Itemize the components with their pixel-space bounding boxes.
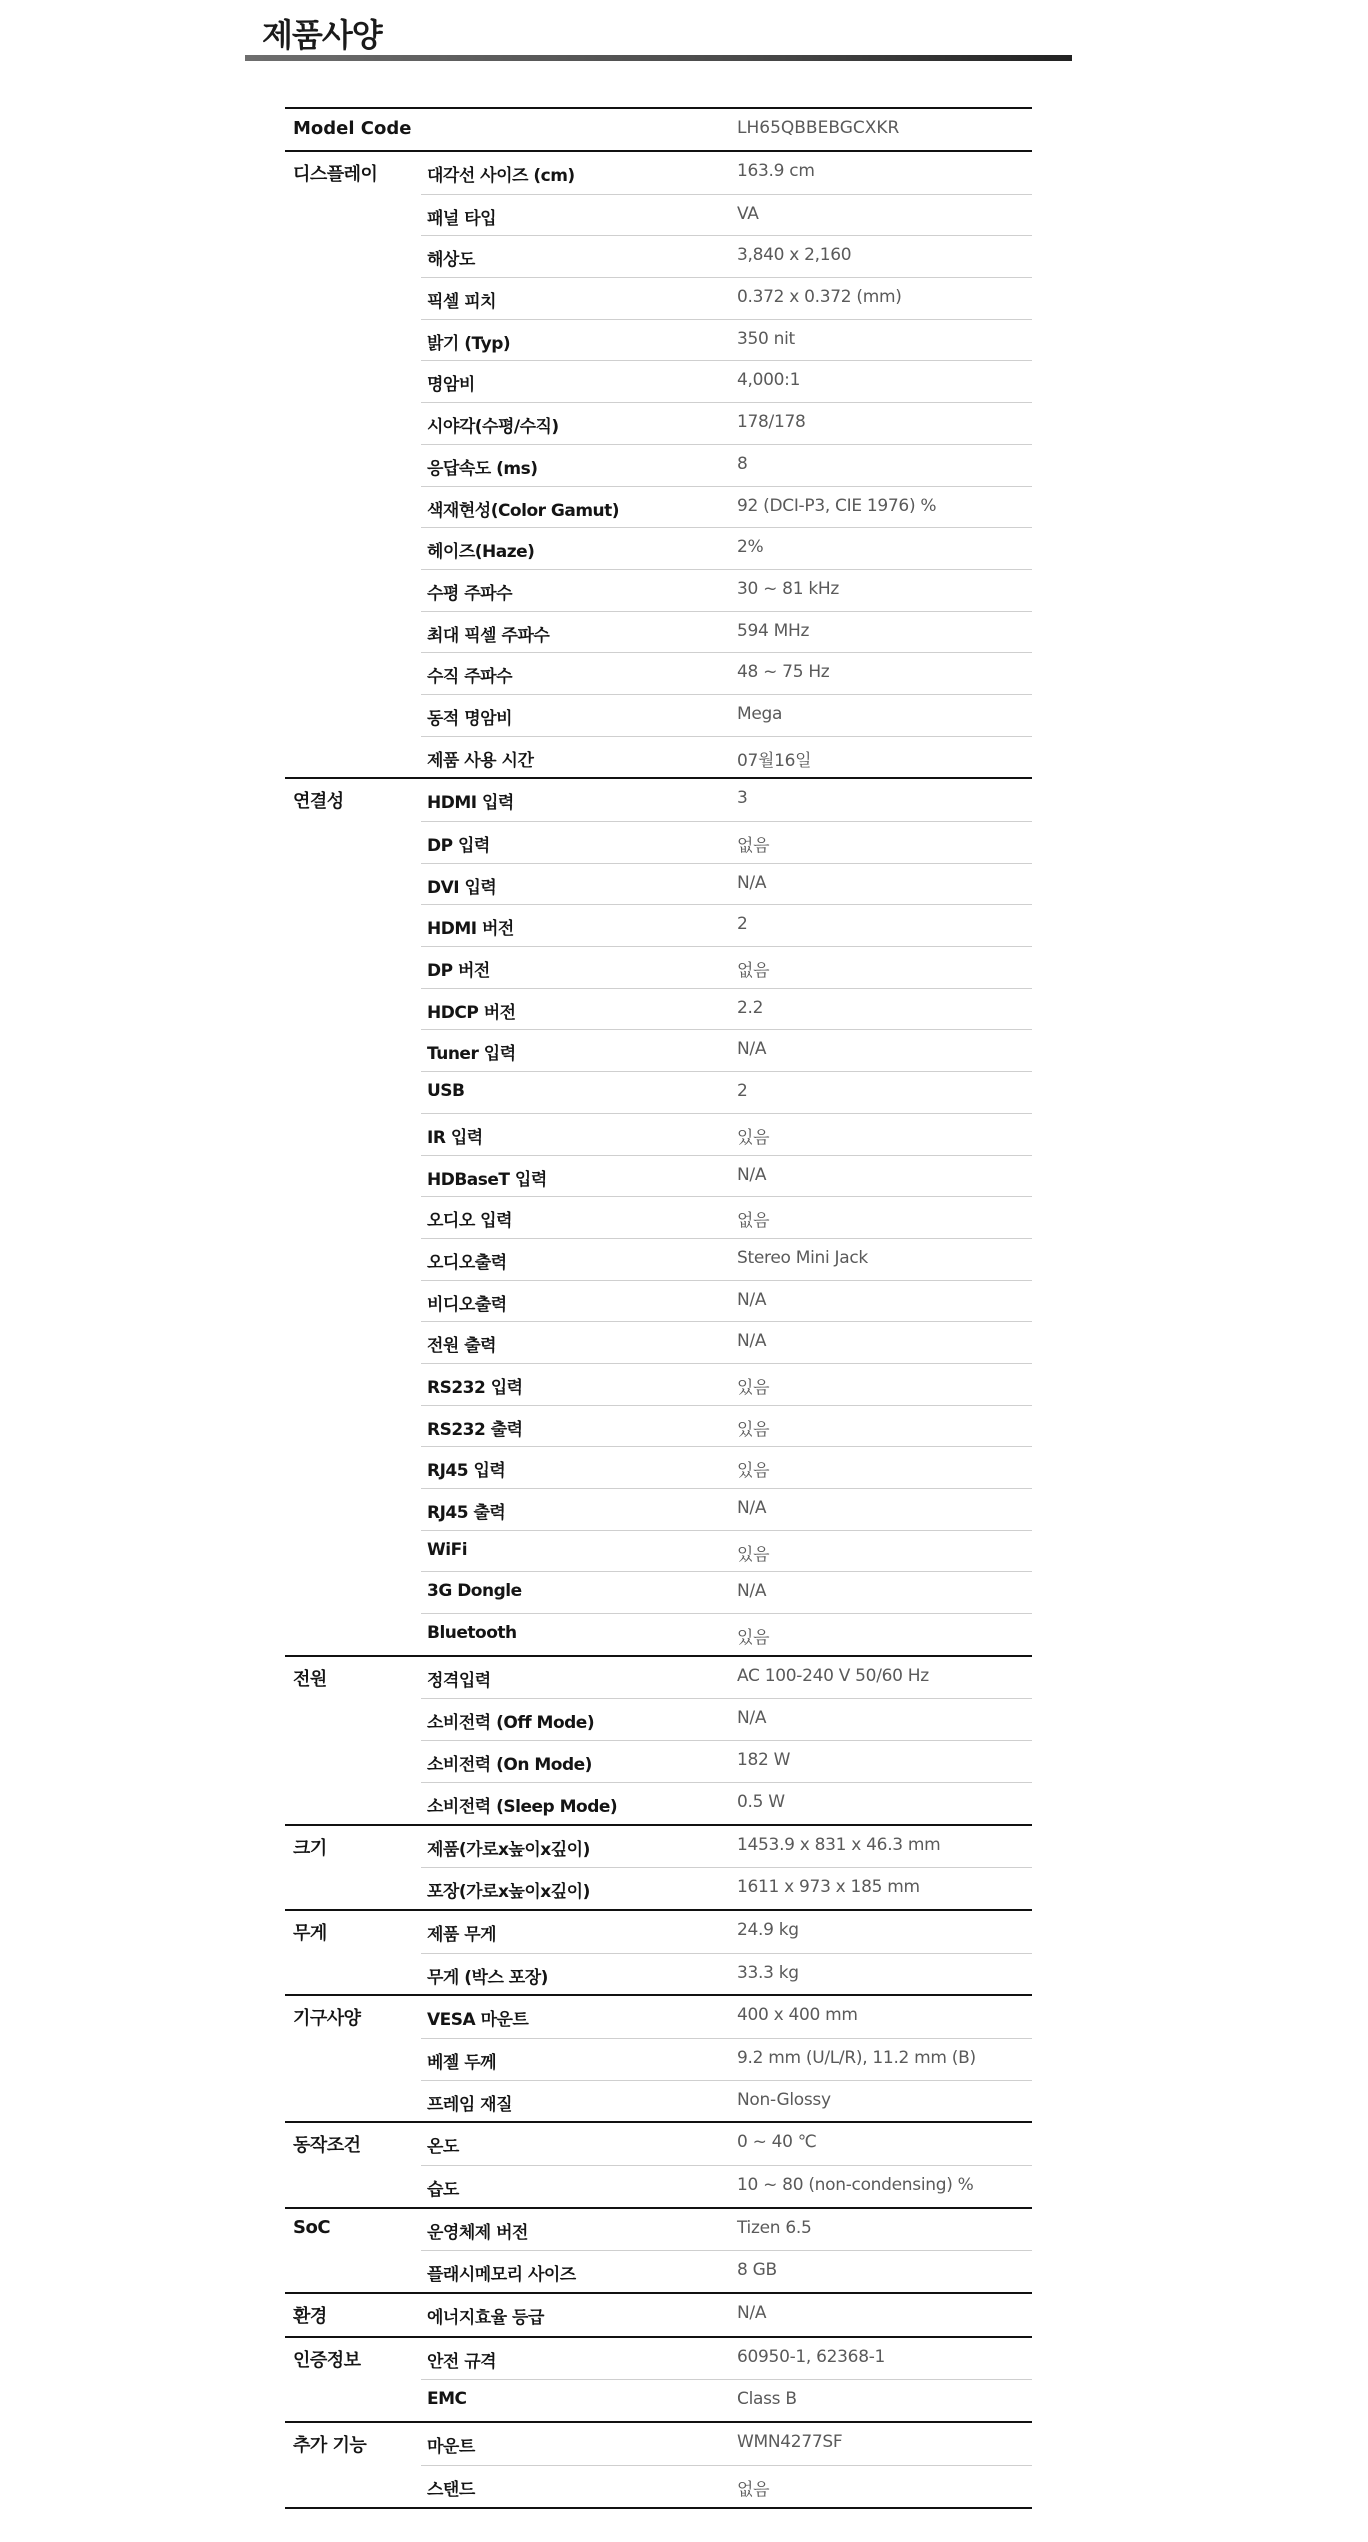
spec-label: HDBaseT 입력 [427, 1165, 547, 1190]
spec-value: 있음 [737, 1623, 769, 1648]
spec-row: 명암비4,000:1 [421, 360, 1032, 402]
spec-value: N/A [737, 1290, 766, 1310]
spec-group: 연결성HDMI 입력3DP 입력없음DVI 입력N/AHDMI 버전2DP 버전… [285, 779, 1032, 1656]
spec-row: HDBaseT 입력N/A [421, 1155, 1032, 1197]
spec-row: 소비전력 (Sleep Mode)0.5 W [421, 1782, 1032, 1824]
spec-group: SoC운영체제 버전Tizen 6.5플래시메모리 사이즈8 GB [285, 2209, 1032, 2294]
spec-label: 3G Dongle [427, 1581, 522, 1601]
spec-value: 3 [737, 788, 748, 808]
group-rows: HDMI 입력3DP 입력없음DVI 입력N/AHDMI 버전2DP 버전없음H… [421, 779, 1032, 1654]
spec-value: 400 x 400 mm [737, 2005, 858, 2025]
spec-value: 33.3 kg [737, 1963, 799, 1983]
spec-label: 운영체제 버전 [427, 2218, 528, 2243]
spec-label: 응답속도 (ms) [427, 454, 537, 479]
group-label: 동작조건 [293, 2131, 361, 2157]
spec-label: 비디오출력 [427, 1290, 507, 1315]
spec-value: N/A [737, 873, 766, 893]
spec-value: N/A [737, 1165, 766, 1185]
spec-value: 594 MHz [737, 621, 809, 641]
spec-row: 수직 주파수48 ~ 75 Hz [421, 652, 1032, 694]
spec-row: 해상도3,840 x 2,160 [421, 235, 1032, 277]
spec-row: IR 입력있음 [421, 1113, 1032, 1155]
spec-row: RS232 입력있음 [421, 1363, 1032, 1405]
group-label: 기구사양 [293, 2004, 361, 2030]
spec-row: 제품 사용 시간07월16일 [421, 736, 1032, 778]
spec-value: 있음 [737, 1540, 769, 1565]
spec-label: 동적 명암비 [427, 704, 512, 729]
spec-value: N/A [737, 2303, 766, 2323]
spec-value: 없음 [737, 2475, 769, 2500]
spec-row: EMCClass B [421, 2379, 1032, 2421]
spec-group: 기구사양VESA 마운트400 x 400 mm베젤 두께9.2 mm (U/L… [285, 1996, 1032, 2123]
spec-label: 스탠드 [427, 2475, 475, 2500]
spec-row: 마운트WMN4277SF [421, 2423, 1032, 2465]
spec-row: 비디오출력N/A [421, 1280, 1032, 1322]
group-label: 인증정보 [293, 2346, 361, 2372]
spec-group: 전원정격입력AC 100-240 V 50/60 Hz소비전력 (Off Mod… [285, 1657, 1032, 1826]
spec-label: 헤이즈(Haze) [427, 537, 534, 562]
spec-row: 제품 무게24.9 kg [421, 1911, 1032, 1953]
spec-row: 안전 규격60950-1, 62368-1 [421, 2338, 1032, 2380]
spec-value: 163.9 cm [737, 161, 815, 181]
spec-row: 에너지효율 등급N/A [421, 2294, 1032, 2336]
spec-row: 프레임 재질Non-Glossy [421, 2080, 1032, 2122]
group-rows: 온도0 ~ 40 ℃습도10 ~ 80 (non-condensing) % [421, 2123, 1032, 2206]
spec-label: 온도 [427, 2132, 459, 2157]
spec-value: N/A [737, 1039, 766, 1059]
spec-label: 수평 주파수 [427, 579, 512, 604]
spec-group: 인증정보안전 규격60950-1, 62368-1EMCClass B [285, 2338, 1032, 2423]
spec-label: VESA 마운트 [427, 2005, 528, 2030]
spec-row: 플래시메모리 사이즈8 GB [421, 2250, 1032, 2292]
spec-label: Bluetooth [427, 1623, 517, 1643]
group-label: 환경 [293, 2302, 327, 2328]
spec-row: RJ45 출력N/A [421, 1488, 1032, 1530]
spec-row: 동적 명암비Mega [421, 694, 1032, 736]
spec-value: 07월16일 [737, 746, 811, 771]
spec-row: 온도0 ~ 40 ℃ [421, 2123, 1032, 2165]
spec-label: 오디오 입력 [427, 1206, 512, 1231]
spec-label: 소비전력 (On Mode) [427, 1750, 592, 1775]
group-label: 무게 [293, 1919, 327, 1945]
spec-row: 픽셀 피치0.372 x 0.372 (mm) [421, 277, 1032, 319]
spec-value: AC 100-240 V 50/60 Hz [737, 1666, 929, 1686]
spec-group: 환경에너지효율 등급N/A [285, 2294, 1032, 2338]
group-rows: 에너지효율 등급N/A [421, 2294, 1032, 2336]
spec-value: 있음 [737, 1456, 769, 1481]
group-label: 연결성 [293, 787, 344, 813]
spec-row: 밝기 (Typ)350 nit [421, 319, 1032, 361]
spec-label: DP 입력 [427, 831, 490, 856]
spec-value: 없음 [737, 831, 769, 856]
spec-value: 없음 [737, 1206, 769, 1231]
spec-label: 소비전력 (Sleep Mode) [427, 1792, 617, 1817]
spec-row: 제품(가로x높이x깊이)1453.9 x 831 x 46.3 mm [421, 1826, 1032, 1868]
spec-row: DVI 입력N/A [421, 863, 1032, 905]
spec-value: 2 [737, 1081, 748, 1101]
spec-value: 있음 [737, 1123, 769, 1148]
model-code-row: Model Code LH65QBBEBGCXKR [285, 109, 1032, 152]
spec-row: HDCP 버전2.2 [421, 988, 1032, 1030]
spec-row: 베젤 두께9.2 mm (U/L/R), 11.2 mm (B) [421, 2038, 1032, 2080]
spec-label: 제품 사용 시간 [427, 746, 533, 771]
spec-value: 없음 [737, 956, 769, 981]
spec-group: 추가 기능마운트WMN4277SF스탠드없음 [285, 2423, 1032, 2508]
spec-label: HDMI 버전 [427, 914, 514, 939]
spec-row: 정격입력AC 100-240 V 50/60 Hz [421, 1657, 1032, 1699]
spec-value: Non-Glossy [737, 2090, 831, 2110]
spec-row: DP 버전없음 [421, 946, 1032, 988]
spec-group: 동작조건온도0 ~ 40 ℃습도10 ~ 80 (non-condensing)… [285, 2123, 1032, 2208]
spec-value: 있음 [737, 1373, 769, 1398]
spec-label: 최대 픽셀 주파수 [427, 621, 549, 646]
spec-row: 응답속도 (ms)8 [421, 444, 1032, 486]
group-label: 추가 기능 [293, 2431, 366, 2457]
group-label: SoC [293, 2217, 330, 2238]
spec-value: 24.9 kg [737, 1920, 799, 1940]
spec-label: 수직 주파수 [427, 662, 512, 687]
spec-label: 안전 규격 [427, 2347, 496, 2372]
model-code-value: LH65QBBEBGCXKR [737, 118, 899, 138]
spec-value: 48 ~ 75 Hz [737, 662, 829, 682]
spec-value: Mega [737, 704, 782, 724]
spec-value: 60950-1, 62368-1 [737, 2347, 885, 2367]
spec-row: 소비전력 (Off Mode)N/A [421, 1698, 1032, 1740]
spec-value: 30 ~ 81 kHz [737, 579, 839, 599]
spec-value: 4,000:1 [737, 370, 800, 390]
spec-value: 10 ~ 80 (non-condensing) % [737, 2175, 974, 2195]
spec-row: 습도10 ~ 80 (non-condensing) % [421, 2165, 1032, 2207]
spec-row: Tuner 입력N/A [421, 1029, 1032, 1071]
spec-label: 오디오출력 [427, 1248, 507, 1273]
spec-group: 무게제품 무게24.9 kg무게 (박스 포장)33.3 kg [285, 1911, 1032, 1996]
group-rows: 마운트WMN4277SF스탠드없음 [421, 2423, 1032, 2506]
spec-row: 포장(가로x높이x깊이)1611 x 973 x 185 mm [421, 1867, 1032, 1909]
spec-value: 350 nit [737, 329, 795, 349]
spec-label: 정격입력 [427, 1666, 491, 1691]
group-rows: VESA 마운트400 x 400 mm베젤 두께9.2 mm (U/L/R),… [421, 1996, 1032, 2121]
spec-group: 디스플레이대각선 사이즈 (cm)163.9 cm패널 타입VA해상도3,840… [285, 152, 1032, 779]
spec-label: 제품(가로x높이x깊이) [427, 1835, 590, 1860]
spec-value: 있음 [737, 1415, 769, 1440]
spec-label: 소비전력 (Off Mode) [427, 1708, 594, 1733]
spec-value: Tizen 6.5 [737, 2218, 811, 2238]
spec-label: 픽셀 피치 [427, 287, 496, 312]
spec-row: 운영체제 버전Tizen 6.5 [421, 2209, 1032, 2251]
spec-value: 92 (DCI-P3, CIE 1976) % [737, 496, 936, 516]
spec-label: 플래시메모리 사이즈 [427, 2260, 576, 2285]
spec-value: N/A [737, 1581, 766, 1601]
spec-row: 오디오 입력없음 [421, 1196, 1032, 1238]
spec-row: Bluetooth있음 [421, 1613, 1032, 1655]
spec-label: 프레임 재질 [427, 2090, 512, 2115]
spec-label: RJ45 입력 [427, 1456, 505, 1481]
spec-row: 스탠드없음 [421, 2465, 1032, 2507]
group-rows: 운영체제 버전Tizen 6.5플래시메모리 사이즈8 GB [421, 2209, 1032, 2292]
spec-label: 베젤 두께 [427, 2048, 496, 2073]
spec-label: 명암비 [427, 370, 475, 395]
spec-row: 시야각(수평/수직)178/178 [421, 402, 1032, 444]
spec-label: 전원 출력 [427, 1331, 496, 1356]
title-divider [245, 55, 1072, 61]
spec-label: 대각선 사이즈 (cm) [427, 161, 575, 186]
spec-value: VA [737, 204, 759, 224]
spec-label: 무게 (박스 포장) [427, 1963, 548, 1988]
group-label: 전원 [293, 1665, 327, 1691]
spec-label: EMC [427, 2389, 467, 2409]
spec-table: Model Code LH65QBBEBGCXKR 디스플레이대각선 사이즈 (… [285, 107, 1032, 2509]
spec-value: 2% [737, 537, 763, 557]
spec-row: 색재현성(Color Gamut)92 (DCI-P3, CIE 1976) % [421, 486, 1032, 528]
spec-value: 2 [737, 914, 748, 934]
spec-label: RS232 입력 [427, 1373, 523, 1398]
spec-label: 시야각(수평/수직) [427, 412, 559, 437]
spec-row: RS232 출력있음 [421, 1405, 1032, 1447]
spec-value: Class B [737, 2389, 797, 2409]
spec-row: 오디오출력Stereo Mini Jack [421, 1238, 1032, 1280]
spec-row: 수평 주파수30 ~ 81 kHz [421, 569, 1032, 611]
spec-value: 0 ~ 40 ℃ [737, 2132, 817, 2152]
spec-value: 8 GB [737, 2260, 777, 2280]
spec-label: 해상도 [427, 245, 475, 270]
spec-row: DP 입력없음 [421, 821, 1032, 863]
spec-value: 182 W [737, 1750, 790, 1770]
spec-label: DP 버전 [427, 956, 490, 981]
spec-row: USB2 [421, 1071, 1032, 1113]
group-rows: 대각선 사이즈 (cm)163.9 cm패널 타입VA해상도3,840 x 2,… [421, 152, 1032, 777]
spec-label: RS232 출력 [427, 1415, 523, 1440]
group-label: 디스플레이 [293, 160, 377, 186]
spec-label: IR 입력 [427, 1123, 483, 1148]
spec-value: 9.2 mm (U/L/R), 11.2 mm (B) [737, 2048, 976, 2068]
spec-label: USB [427, 1081, 465, 1101]
spec-label: Tuner 입력 [427, 1039, 516, 1064]
spec-value: 8 [737, 454, 748, 474]
spec-groups: 디스플레이대각선 사이즈 (cm)163.9 cm패널 타입VA해상도3,840… [285, 152, 1032, 2509]
spec-value: Stereo Mini Jack [737, 1248, 868, 1268]
model-code-label: Model Code [293, 118, 411, 139]
spec-value: 1453.9 x 831 x 46.3 mm [737, 1835, 940, 1855]
spec-row: 대각선 사이즈 (cm)163.9 cm [421, 152, 1032, 194]
spec-label: 색재현성(Color Gamut) [427, 496, 619, 521]
group-rows: 안전 규격60950-1, 62368-1EMCClass B [421, 2338, 1032, 2421]
spec-label: WiFi [427, 1540, 467, 1560]
spec-label: 마운트 [427, 2432, 475, 2457]
spec-value: 1611 x 973 x 185 mm [737, 1877, 920, 1897]
spec-row: 패널 타입VA [421, 194, 1032, 236]
spec-value: N/A [737, 1331, 766, 1351]
spec-group: 크기제품(가로x높이x깊이)1453.9 x 831 x 46.3 mm포장(가… [285, 1826, 1032, 1911]
spec-row: 3G DongleN/A [421, 1571, 1032, 1613]
spec-label: RJ45 출력 [427, 1498, 505, 1523]
spec-value: WMN4277SF [737, 2432, 842, 2452]
spec-row: VESA 마운트400 x 400 mm [421, 1996, 1032, 2038]
spec-label: 포장(가로x높이x깊이) [427, 1877, 590, 1902]
spec-row: 소비전력 (On Mode)182 W [421, 1740, 1032, 1782]
spec-value: 0.372 x 0.372 (mm) [737, 287, 902, 307]
spec-row: 무게 (박스 포장)33.3 kg [421, 1953, 1032, 1995]
spec-value: 178/178 [737, 412, 806, 432]
page-title: 제품사양 [262, 10, 382, 56]
spec-label: 제품 무게 [427, 1920, 496, 1945]
group-label: 크기 [293, 1834, 327, 1860]
spec-label: 패널 타입 [427, 204, 496, 229]
group-rows: 제품(가로x높이x깊이)1453.9 x 831 x 46.3 mm포장(가로x… [421, 1826, 1032, 1909]
group-rows: 제품 무게24.9 kg무게 (박스 포장)33.3 kg [421, 1911, 1032, 1994]
spec-value: N/A [737, 1708, 766, 1728]
spec-label: 에너지효율 등급 [427, 2303, 544, 2328]
spec-row: 전원 출력N/A [421, 1321, 1032, 1363]
spec-value: N/A [737, 1498, 766, 1518]
spec-value: 0.5 W [737, 1792, 785, 1812]
spec-label: DVI 입력 [427, 873, 496, 898]
spec-value: 2.2 [737, 998, 763, 1018]
spec-row: 최대 픽셀 주파수594 MHz [421, 611, 1032, 653]
spec-label: HDCP 버전 [427, 998, 516, 1023]
spec-label: 습도 [427, 2175, 459, 2200]
spec-row: WiFi있음 [421, 1530, 1032, 1572]
group-rows: 정격입력AC 100-240 V 50/60 Hz소비전력 (Off Mode)… [421, 1657, 1032, 1824]
spec-row: 헤이즈(Haze)2% [421, 527, 1032, 569]
spec-row: HDMI 버전2 [421, 904, 1032, 946]
spec-label: 밝기 (Typ) [427, 329, 510, 354]
spec-value: 3,840 x 2,160 [737, 245, 851, 265]
spec-row: HDMI 입력3 [421, 779, 1032, 821]
spec-row: RJ45 입력있음 [421, 1446, 1032, 1488]
spec-label: HDMI 입력 [427, 788, 514, 813]
